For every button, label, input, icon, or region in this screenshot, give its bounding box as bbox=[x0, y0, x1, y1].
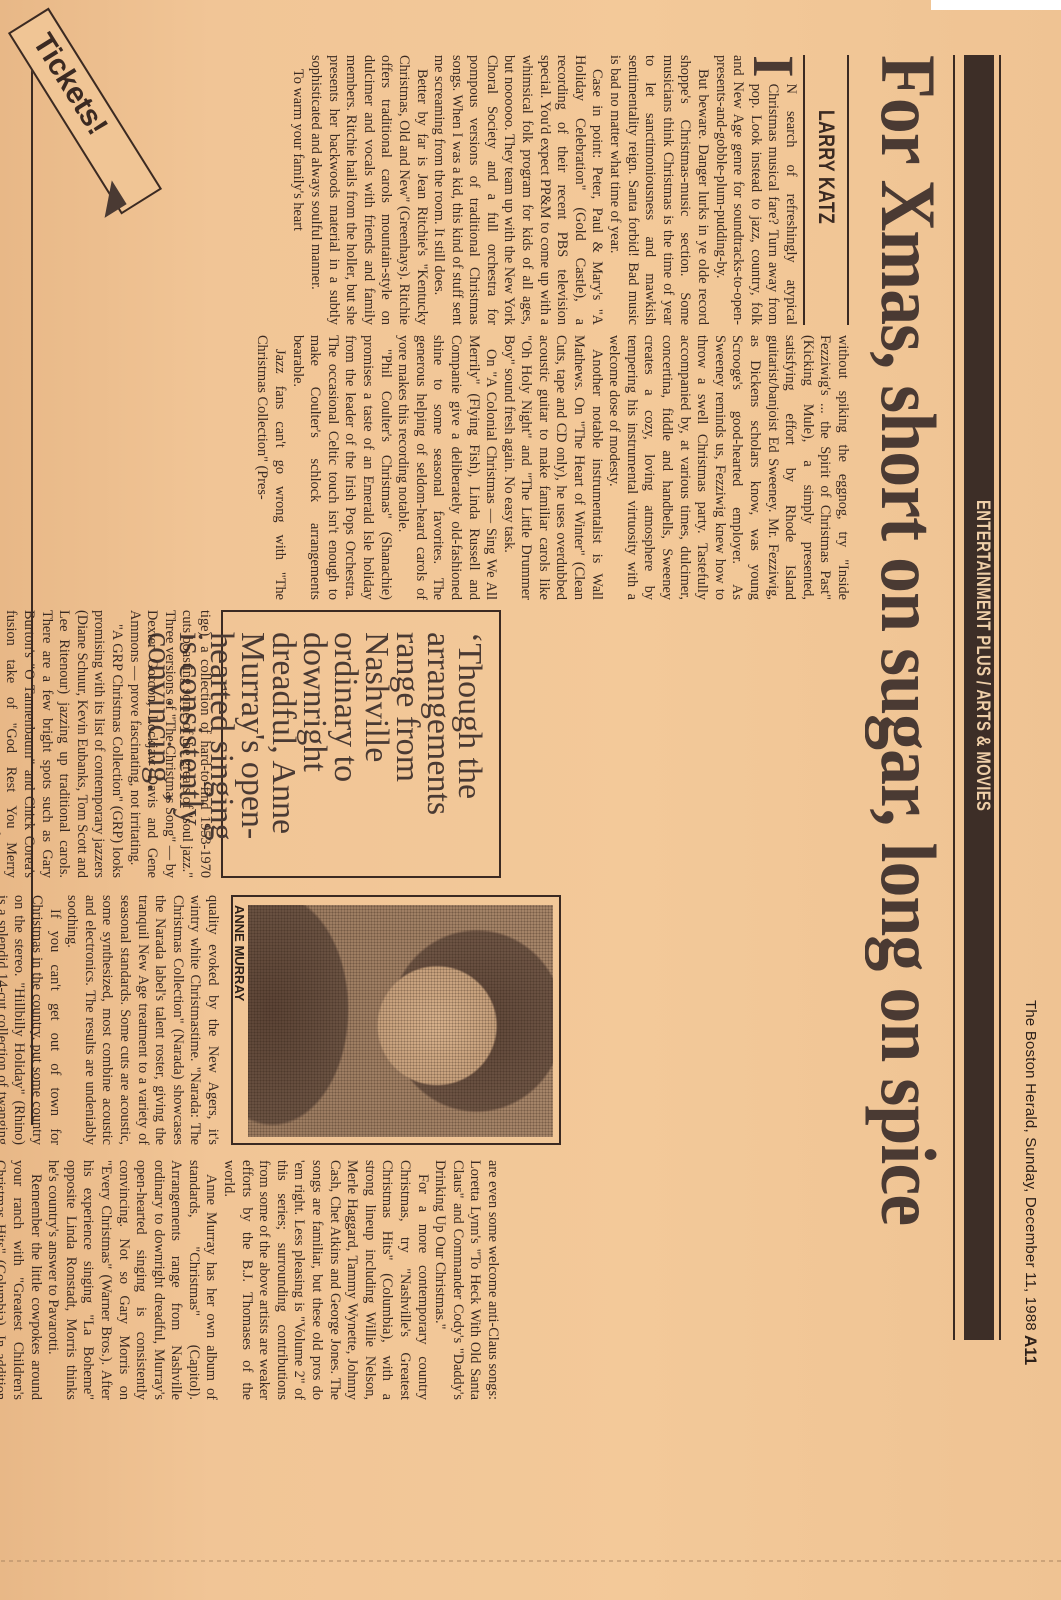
article-column-1: IN search of refreshingly atypical Chris… bbox=[289, 55, 799, 325]
paragraph: "A GRP Christmas Collection" (GRP) looks… bbox=[0, 610, 125, 878]
page-number: A11 bbox=[1020, 1335, 1040, 1365]
paragraph: without spiking the eggnog, try "Inside … bbox=[605, 335, 851, 600]
paragraph: IN search of refreshingly atypical Chris… bbox=[711, 55, 799, 325]
paragraph: Jazz fans can't go wrong with "The Chris… bbox=[253, 335, 288, 600]
article-column-2: without spiking the eggnog, try "Inside … bbox=[253, 335, 851, 600]
paragraph: Better by far is Jean Ritchie's "Kentuck… bbox=[306, 55, 429, 325]
paragraph: But beware. Danger lurks in ye olde reco… bbox=[605, 55, 711, 325]
byline: LARRY KATZ bbox=[813, 110, 839, 224]
drop-cap: I bbox=[749, 55, 797, 78]
paragraph: "Phil Coulter's Christmas" (Shanachie) p… bbox=[288, 335, 394, 600]
paragraph: quality evoked by the New Agers, it's wi… bbox=[63, 895, 221, 1145]
dateline: The Boston Herald, Sunday, December 11, … bbox=[1017, 0, 1039, 1600]
paragraph: On "A Colonial Christmas — Sing We All M… bbox=[394, 335, 500, 600]
paragraph: To warm your family's heart bbox=[289, 55, 307, 325]
newspaper-clipping: The Boston Herald, Sunday, December 11, … bbox=[0, 0, 1061, 1600]
byline-rule-bottom bbox=[803, 55, 805, 325]
section-label: ENTERTAINMENT PLUS / ARTS & MOVIES bbox=[971, 500, 993, 811]
byline-rule-top bbox=[847, 55, 849, 325]
bottom-rule bbox=[31, 55, 33, 1125]
headline: For Xmas, short on sugar, long on spice bbox=[863, 55, 953, 1225]
paragraph: Another notable instrumentalist is Wall … bbox=[499, 335, 605, 600]
paragraph: Remember the little cowpokes around your… bbox=[0, 1160, 44, 1400]
paragraph: are even some welcome anti-Claus songs: … bbox=[431, 1160, 501, 1400]
paragraph: For a more contemporary country Christma… bbox=[220, 1160, 431, 1400]
tickets-ad-fragment: Tickets! bbox=[0, 0, 193, 248]
photo-caption: ANNE MURRAY bbox=[232, 905, 247, 1001]
paragraph: Anne Murray has her own album of standar… bbox=[44, 1160, 220, 1400]
article-column-4: quality evoked by the New Agers, it's wi… bbox=[0, 895, 221, 1145]
rotated-page: The Boston Herald, Sunday, December 11, … bbox=[0, 0, 1061, 1600]
portrait-image bbox=[248, 905, 553, 1137]
paragraph: tige), a collection of hard-to-find 1953… bbox=[125, 610, 213, 878]
paragraph: Case in point: Peter, Paul & Mary's "A H… bbox=[430, 55, 606, 325]
publication-date: The Boston Herald, Sunday, December 11, … bbox=[1022, 1000, 1039, 1331]
section-banner: ENTERTAINMENT PLUS / ARTS & MOVIES bbox=[953, 55, 1001, 1340]
pull-quote-box: ‘Though the arrangements range from Nash… bbox=[221, 610, 501, 878]
anne-murray-photo: ANNE MURRAY bbox=[231, 895, 561, 1145]
article-column-5: are even some welcome anti-Claus songs: … bbox=[0, 1160, 501, 1400]
torn-edge bbox=[0, 1560, 1061, 1562]
